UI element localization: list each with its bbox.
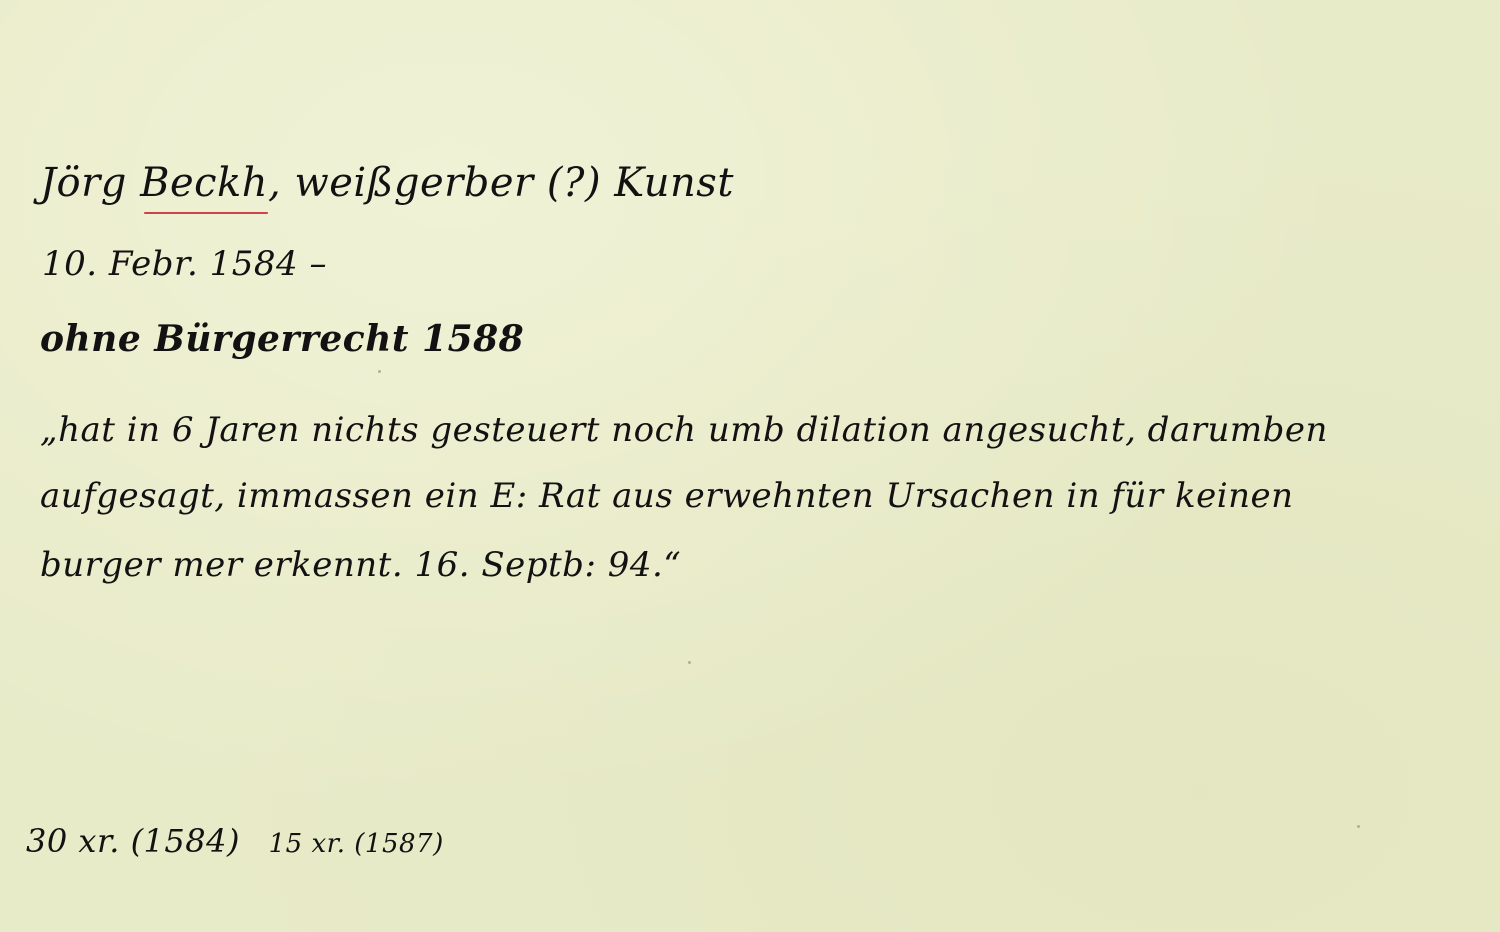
quote-line-1: „hat in 6 Jaren nichts gesteuert noch um… bbox=[40, 410, 1328, 450]
index-card: Jörg Beckh, weißgerber (?) Kunst 10. Feb… bbox=[0, 0, 1500, 932]
given-name: Jörg bbox=[40, 160, 127, 206]
fee-notes: 30 xr. (1584) 15 xr. (1587) bbox=[26, 822, 444, 860]
card-heading: Jörg Beckh, weißgerber (?) Kunst bbox=[40, 160, 734, 206]
quote-line-2: aufgesagt, immassen ein E: Rat aus erweh… bbox=[40, 476, 1293, 516]
paper-speck bbox=[1357, 825, 1360, 828]
fee-note-1587: 15 xr. (1587) bbox=[269, 829, 444, 859]
date-line: 10. Febr. 1584 – bbox=[42, 244, 327, 284]
status-line: ohne Bürgerrecht 1588 bbox=[40, 318, 524, 360]
fee-note-1584: 30 xr. (1584) bbox=[26, 822, 240, 860]
quote-line-3: burger mer erkennt. 16. Septb: 94.“ bbox=[40, 545, 681, 585]
heading-occupation: , weißgerber (?) Kunst bbox=[268, 160, 734, 206]
paper-speck bbox=[688, 661, 691, 664]
paper-speck bbox=[378, 370, 381, 373]
surname-underlined: Beckh bbox=[140, 160, 268, 206]
